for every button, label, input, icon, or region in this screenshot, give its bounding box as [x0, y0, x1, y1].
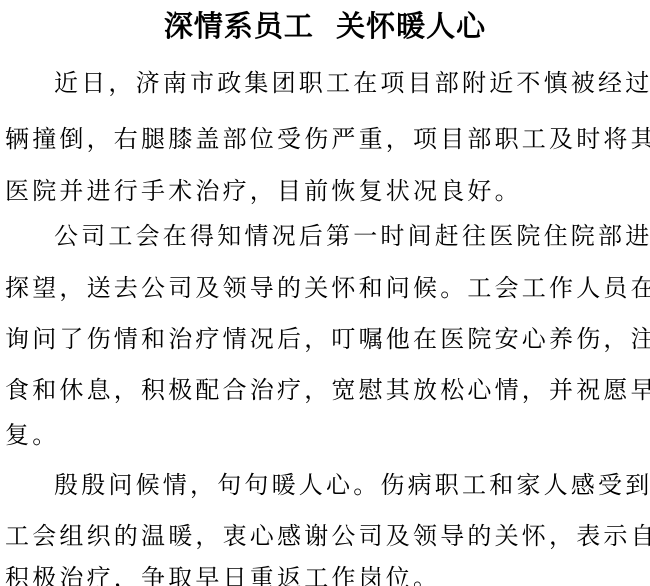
- paragraph-line: 工会组织的温暖，衷心感谢公司及领导的关怀，表示自己会: [5, 521, 650, 551]
- paragraph-line: 近日，济南市政集团职工在项目部附近不慎被经过的车: [54, 68, 650, 98]
- article-title: 深情系员工 关怀暖人心: [0, 6, 650, 46]
- paragraph-line: 询问了伤情和治疗情况后，叮嘱他在医院安心养伤，注意饮: [5, 324, 650, 354]
- paragraph-line: 积极治疗，争取早日重返工作岗位。: [5, 563, 650, 586]
- paragraph-line: 食和休息，积极配合治疗，宽慰其放松心情，并祝愿早日康: [5, 375, 650, 405]
- paragraph-line: 公司工会在得知情况后第一时间赶往医院住院部进行: [54, 221, 650, 251]
- paragraph-line: 探望，送去公司及领导的关怀和问候。工会工作人员在详细: [5, 273, 650, 303]
- article: 深情系员工 关怀暖人心 近日，济南市政集团职工在项目部附近不慎被经过的车 辆撞倒…: [0, 0, 650, 586]
- paragraph-line: 殷殷问候情，句句暖人心。伤病职工和家人感受到公司: [54, 470, 650, 500]
- paragraph-line: 复。: [5, 420, 650, 450]
- paragraph-line: 辆撞倒，右腿膝盖部位受伤严重，项目部职工及时将其送往: [5, 124, 650, 154]
- paragraph-line: 医院并进行手术治疗，目前恢复状况良好。: [5, 176, 650, 206]
